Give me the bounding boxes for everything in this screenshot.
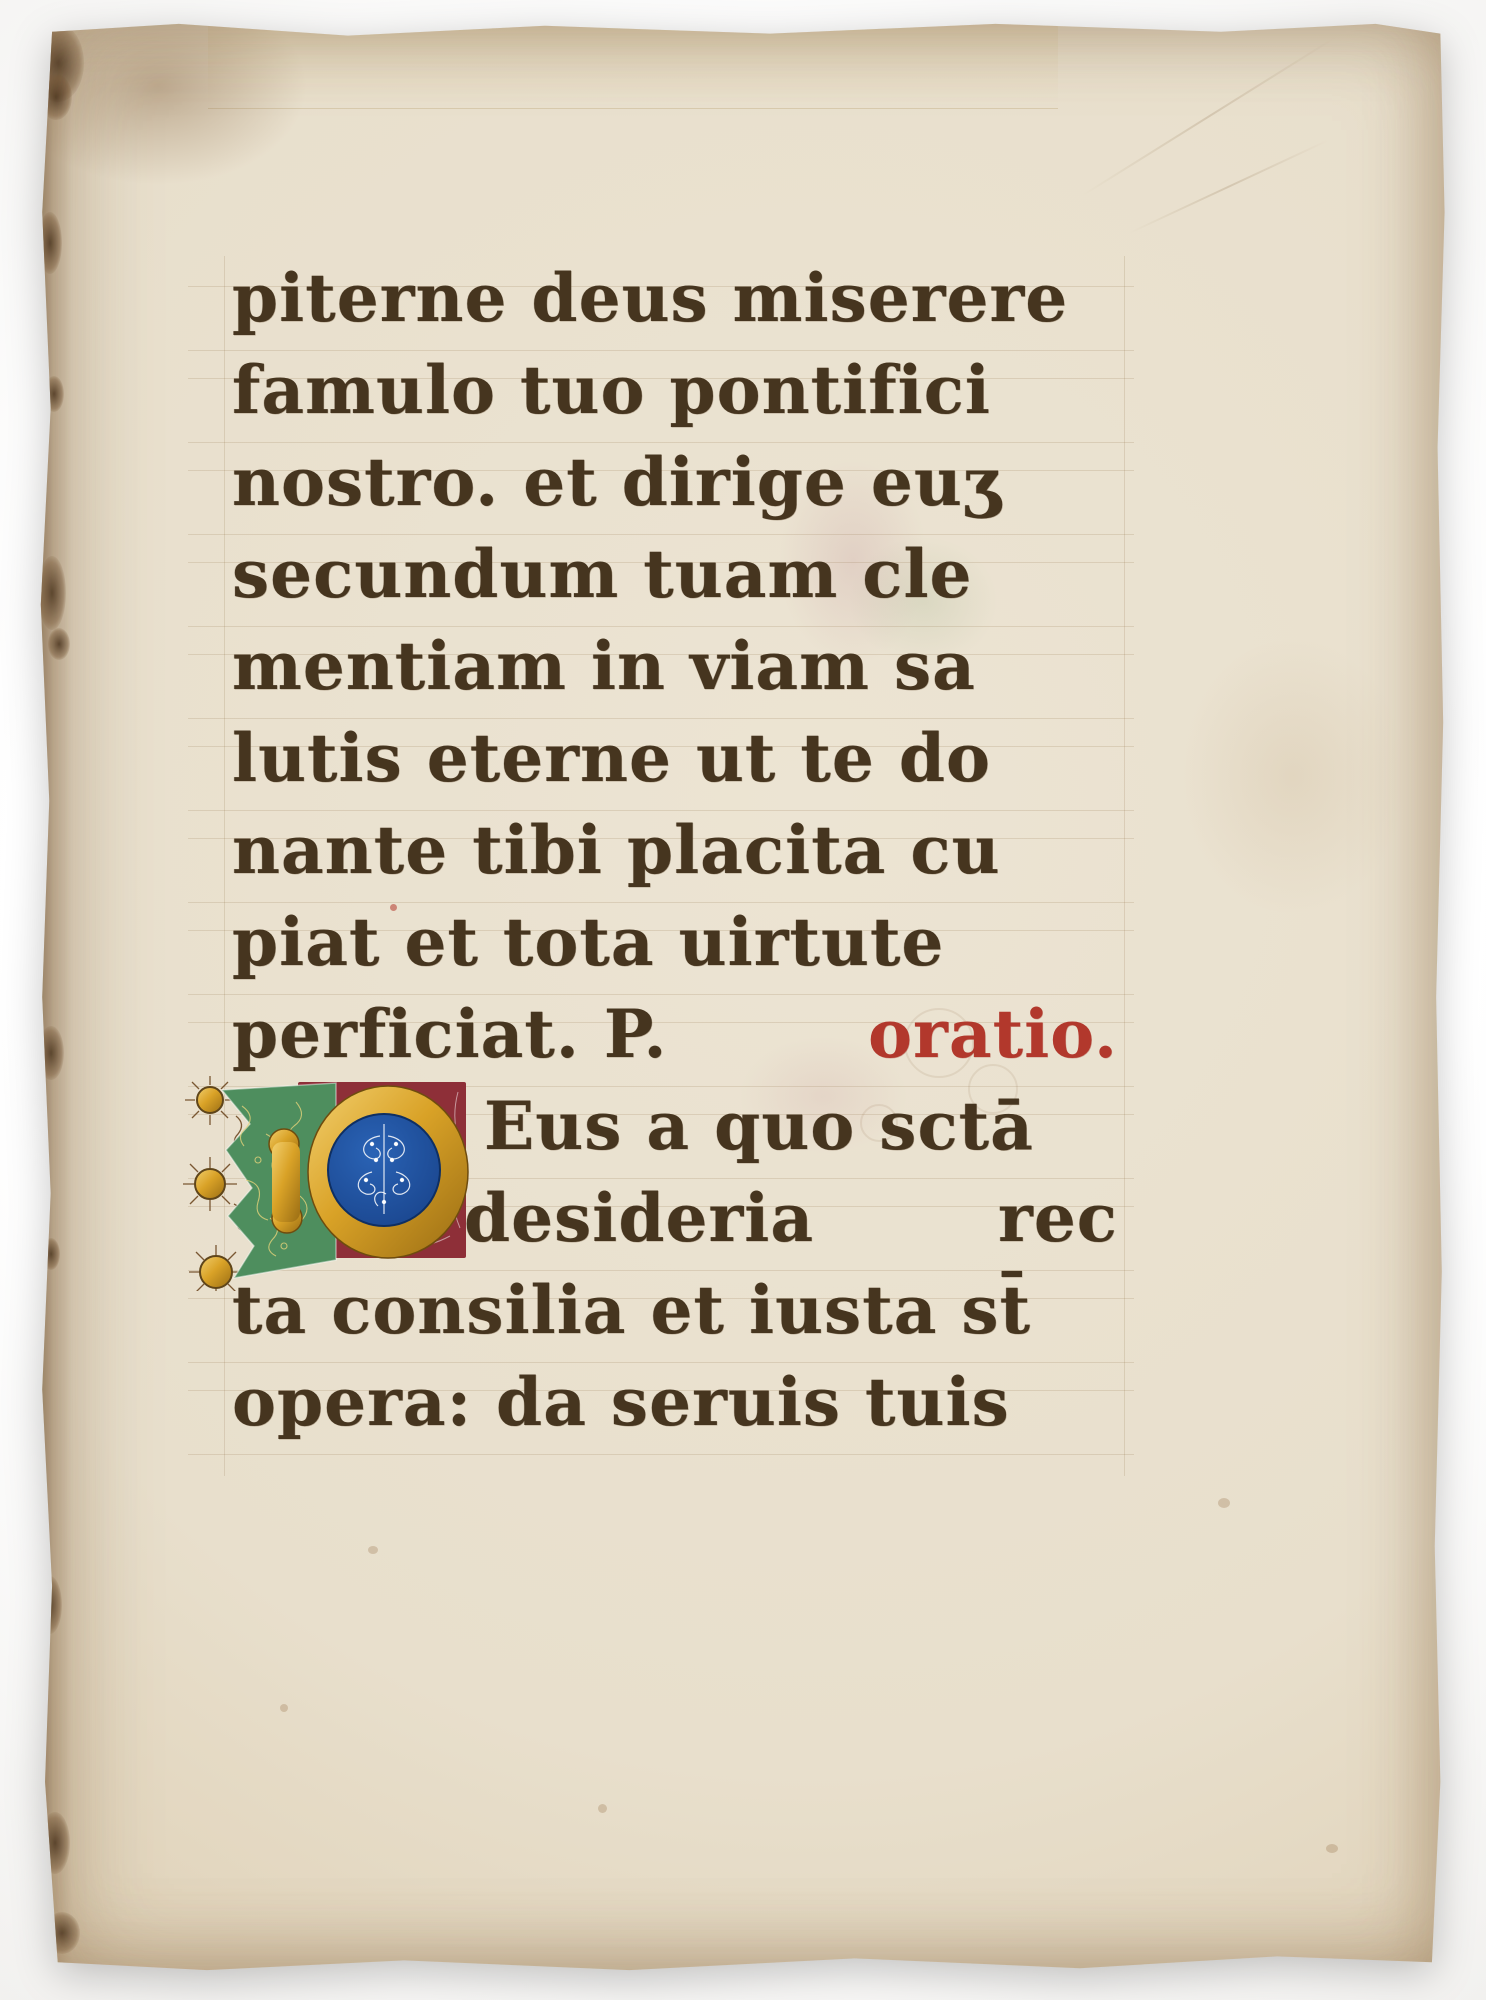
sewing-stain [38,1576,62,1634]
text-line: opera: da seruis tuis [232,1356,1118,1448]
text-line: lutis eterne ut te do [232,712,1118,804]
tape-strip [208,22,1058,109]
freckle [1218,1498,1230,1508]
text-line: nante tibi placita cu [232,804,1118,896]
gold-bezant [197,1087,223,1113]
line-text: rec [998,1172,1118,1264]
sewing-stain [38,1026,64,1080]
freckle [368,1546,378,1554]
text-line: piterne deus miserere [232,252,1118,344]
crease-line [1128,140,1328,235]
freckle [280,1704,288,1712]
sewing-stain [40,1812,70,1874]
text-line: secundum tuam cle [232,528,1118,620]
line-text: desideria [464,1172,814,1264]
illuminated-initial [150,1076,480,1291]
sewing-stain [42,1238,60,1270]
freckle [1326,1844,1338,1853]
crease-line [1080,37,1335,198]
text-line: piat et tota uirtute [232,896,1118,988]
margin-rule-left [224,256,225,1476]
sewing-stain [38,556,66,630]
leaf-shadow: piterne deus miserere famulo tuo pontifi… [38,16,1446,1978]
binding-edge [38,16,72,1978]
text-line: nostro. et dirige euʒ [232,436,1118,528]
freckle [598,1804,607,1813]
manuscript-leaf: piterne deus miserere famulo tuo pontifi… [38,16,1446,1978]
photo-backdrop: piterne deus miserere famulo tuo pontifi… [0,0,1486,2000]
gold-bezant [200,1256,232,1288]
stain [1178,636,1408,916]
text-line: mentiam in viam sa [232,620,1118,712]
text-line: perficiat. P. oratio. [232,988,1118,1080]
sewing-stain [44,1912,80,1954]
text-line: famulo tuo pontifici [232,344,1118,436]
sewing-stain [48,628,70,660]
sewing-stain [38,212,62,274]
gold-bezant [195,1169,225,1199]
margin-rule-right [1124,256,1125,1476]
rubric-label: oratio. [868,988,1118,1080]
sewing-stain [40,74,72,120]
line-text: perficiat. P. [232,988,668,1080]
sewing-stain [44,376,64,412]
